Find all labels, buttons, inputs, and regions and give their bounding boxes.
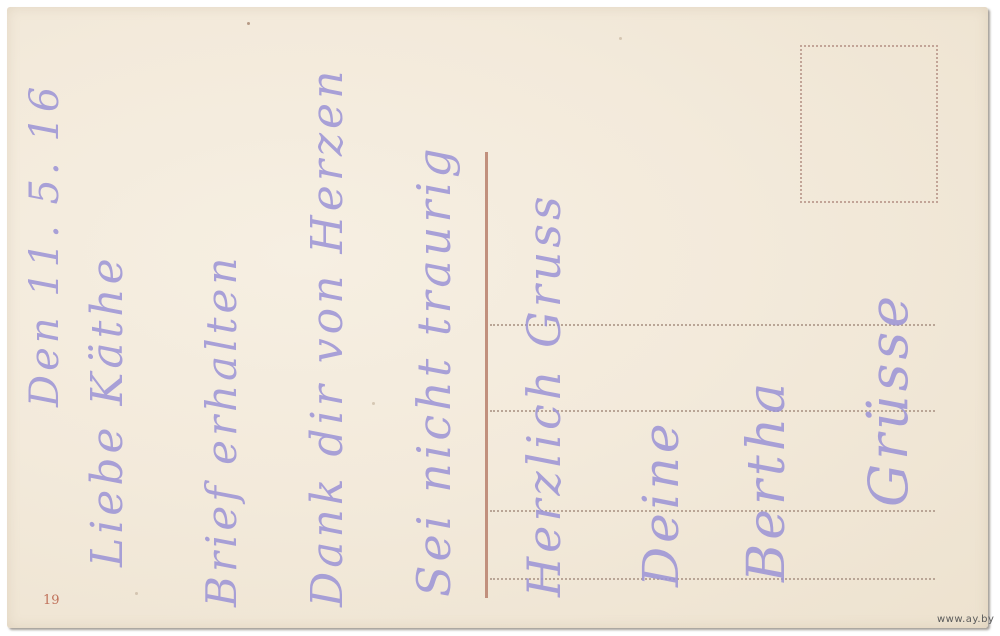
handwriting-line-date: Den 11. 5. 16 bbox=[22, 83, 68, 407]
handwriting-line-3: Brief erhalten bbox=[197, 254, 246, 607]
handwriting-line-4: Dank dir von Herzen bbox=[302, 67, 353, 607]
handwriting-signature: Grüsse bbox=[857, 292, 920, 507]
paper-speck bbox=[135, 592, 138, 595]
watermark-text: www.ay.by bbox=[937, 614, 994, 625]
postcard-back: Den 11. 5. 16 Liebe Käthe Brief erhalten… bbox=[7, 7, 988, 628]
handwriting-line-6: Herzlich Gruss bbox=[517, 192, 571, 597]
card-number: 19 bbox=[43, 593, 60, 608]
paper-speck bbox=[247, 22, 250, 25]
handwriting-line-8: Bertha bbox=[737, 379, 797, 582]
handwriting-line-7: Deine bbox=[632, 420, 690, 587]
stamp-placeholder-box bbox=[800, 45, 938, 203]
paper-speck bbox=[372, 402, 375, 405]
handwriting-line-greeting: Liebe Käthe bbox=[82, 254, 133, 567]
paper-speck bbox=[619, 37, 622, 40]
handwriting-line-5: Sei nicht traurig bbox=[407, 144, 461, 597]
center-divider-line bbox=[485, 152, 488, 598]
